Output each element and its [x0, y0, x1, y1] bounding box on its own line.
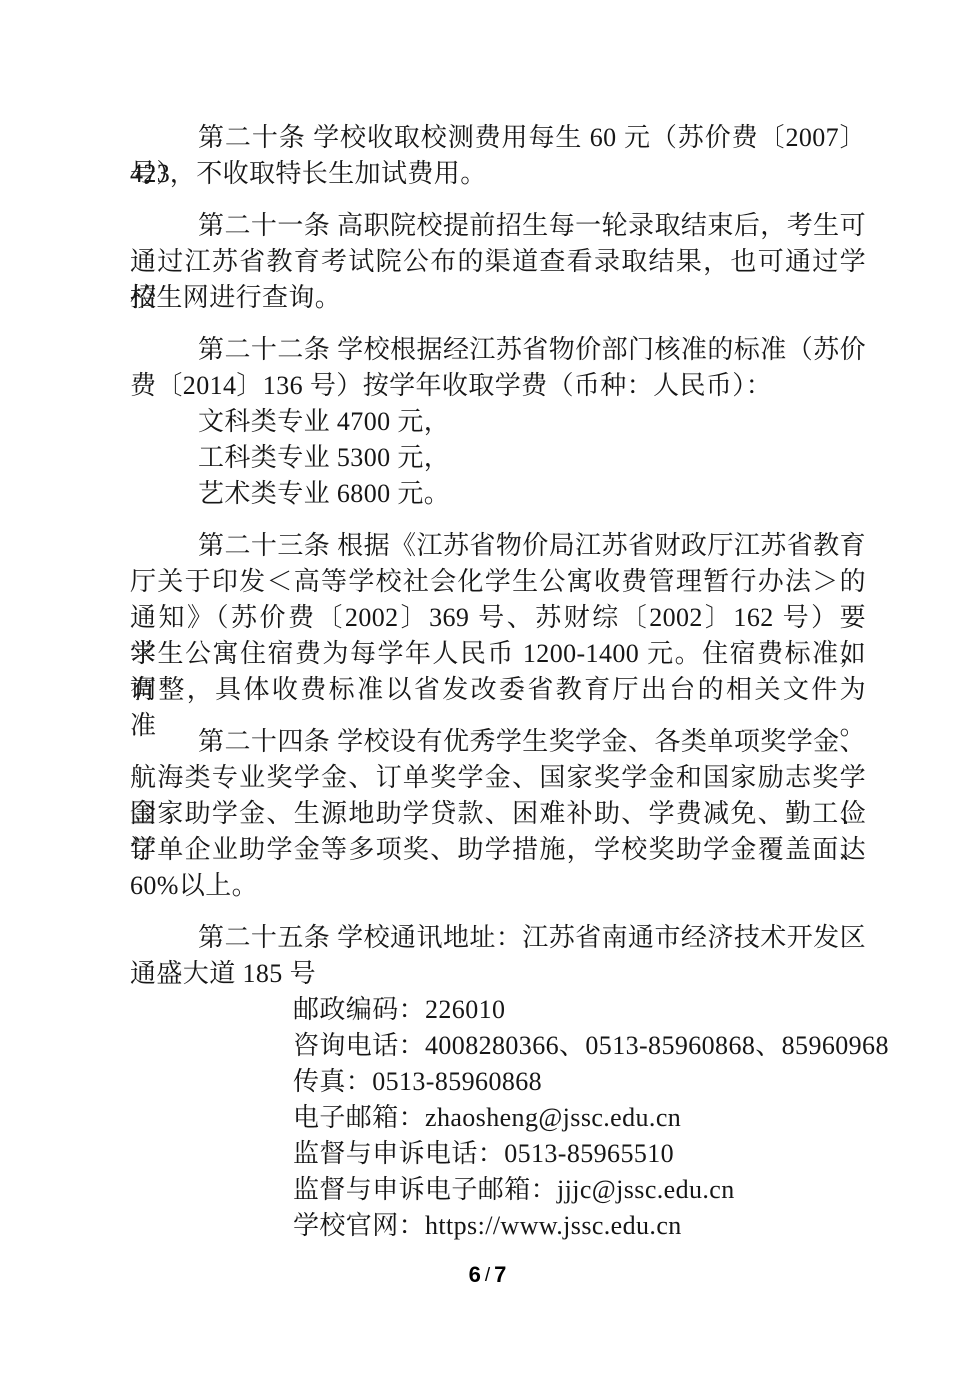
text-line: 号），不收取特长生加试费用。 [130, 156, 866, 192]
text-line: 招生网进行查询。 [130, 280, 866, 316]
text-line: 传真：0513-85960868 [130, 1064, 866, 1100]
text-line: 第二十四条 学校设有优秀学生奖学金、各类单项奖学金、 [130, 724, 866, 760]
text-line: 国家助学金、生源地助学贷款、困难补助、学费减免、勤工俭学、 [130, 796, 866, 832]
text-line: 航海类专业奖学金、订单奖学金、国家奖学金和国家励志奖学金、 [130, 760, 866, 796]
text-line: 通知》（苏价费〔2002〕369 号、苏财综〔2002〕162 号）要求， [130, 600, 866, 636]
text-line: 邮政编码：226010 [130, 992, 866, 1028]
paragraph-article-25: 第二十五条 学校通讯地址：江苏省南通市经济技术开发区通盛大道 185 号邮政编码… [130, 920, 866, 1244]
text-line: 第二十条 学校收取校测费用每生 60 元（苏价费〔2007〕423 [130, 120, 866, 156]
document-body: 第二十条 学校收取校测费用每生 60 元（苏价费〔2007〕423号），不收取特… [130, 120, 866, 1244]
text-line: 电子邮箱：zhaosheng@jssc.edu.cn [130, 1100, 866, 1136]
page-footer: 6/7 [0, 1262, 975, 1292]
text-line: 监督与申诉电子邮箱：jjjc@jssc.edu.cn [130, 1172, 866, 1208]
text-line: 通过江苏省教育考试院公布的渠道查看录取结果，也可通过学校 [130, 244, 866, 280]
text-line: 第二十五条 学校通讯地址：江苏省南通市经济技术开发区 [130, 920, 866, 956]
paragraph-article-21: 第二十一条 高职院校提前招生每一轮录取结束后，考生可通过江苏省教育考试院公布的渠… [130, 208, 866, 316]
text-line: 第二十二条 学校根据经江苏省物价部门核准的标准（苏价 [130, 332, 866, 368]
text-line: 咨询电话：4008280366、0513-85960868、85960968 [130, 1028, 866, 1064]
document-page: 第二十条 学校收取校测费用每生 60 元（苏价费〔2007〕423号），不收取特… [0, 0, 975, 1381]
text-line: 艺术类专业 6800 元。 [130, 476, 866, 512]
text-line: 费〔2014〕136 号）按学年收取学费（币种：人民币）： [130, 368, 866, 404]
paragraph-article-22: 第二十二条 学校根据经江苏省物价部门核准的标准（苏价费〔2014〕136 号）按… [130, 332, 866, 512]
page-number-separator: / [481, 1265, 494, 1286]
text-line: 学生公寓住宿费为每学年人民币 1200-1400 元。住宿费标准如有 [130, 636, 866, 672]
paragraph-article-23: 第二十三条 根据《江苏省物价局江苏省财政厅江苏省教育厅关于印发＜高等学校社会化学… [130, 528, 866, 708]
text-line: 通盛大道 185 号 [130, 956, 866, 992]
text-line: 学校官网：https://www.jssc.edu.cn [130, 1208, 866, 1244]
paragraph-article-20: 第二十条 学校收取校测费用每生 60 元（苏价费〔2007〕423号），不收取特… [130, 120, 866, 192]
page-number-current: 6 [469, 1262, 481, 1287]
text-line: 厅关于印发＜高等学校社会化学生公寓收费管理暂行办法＞的 [130, 564, 866, 600]
paragraph-article-24: 第二十四条 学校设有优秀学生奖学金、各类单项奖学金、航海类专业奖学金、订单奖学金… [130, 724, 866, 904]
text-line: 文科类专业 4700 元， [130, 404, 866, 440]
text-line: 监督与申诉电话：0513-85965510 [130, 1136, 866, 1172]
text-line: 订单企业助学金等多项奖、助学措施，学校奖助学金覆盖面达 [130, 832, 866, 868]
text-line: 第二十一条 高职院校提前招生每一轮录取结束后，考生可 [130, 208, 866, 244]
page-number-total: 7 [494, 1262, 506, 1287]
text-line: 60%以上。 [130, 868, 866, 904]
text-line: 工科类专业 5300 元， [130, 440, 866, 476]
text-line: 调整，具体收费标准以省发改委省教育厅出台的相关文件为准。 [130, 672, 866, 708]
text-line: 第二十三条 根据《江苏省物价局江苏省财政厅江苏省教育 [130, 528, 866, 564]
